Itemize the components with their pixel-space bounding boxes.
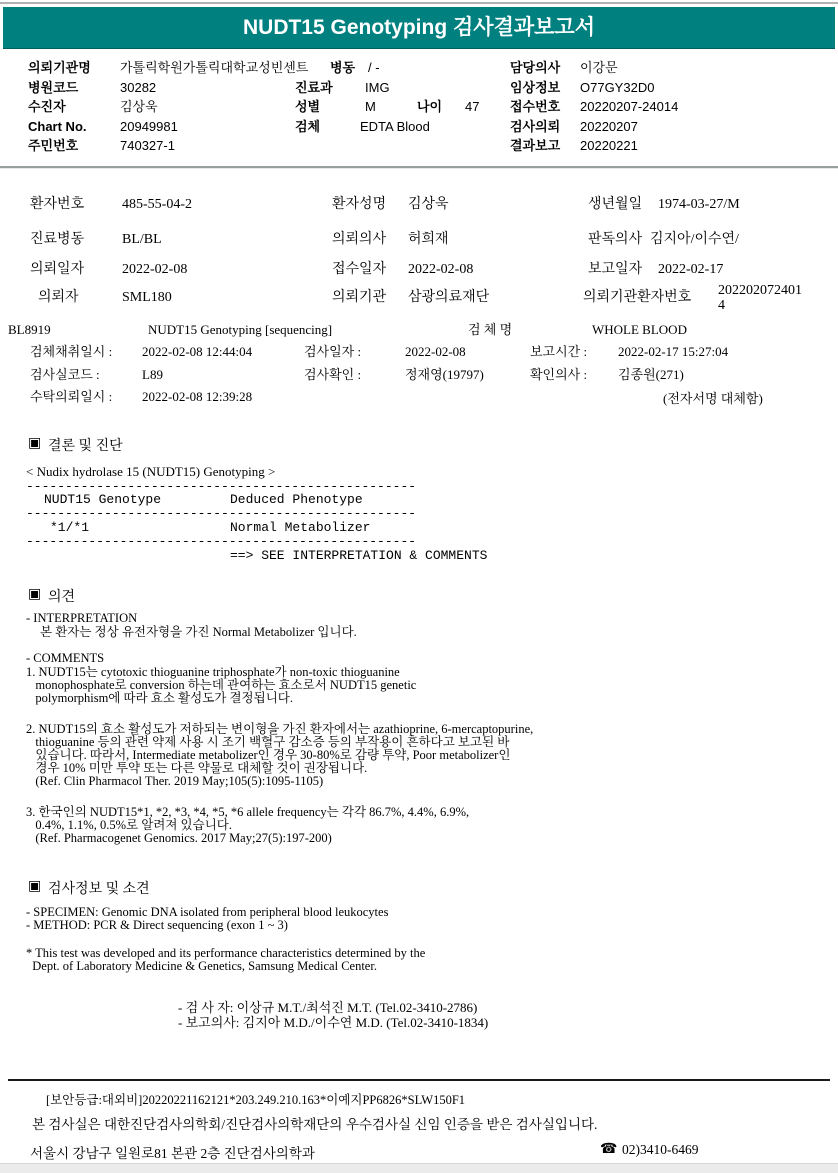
specimen-name-value: WHOLE BLOOD [592,322,687,338]
phenotype-value: Normal Metabolizer [230,521,370,535]
opinion-heading: 의견 [48,586,75,606]
accreditation-line: 본 검사실은 대한진단검사의학회/진단검사의학재단의 우수검사실 신임 인증을 … [32,1113,597,1133]
result-value: 20220221 [580,138,638,154]
rule-middle: ----------------------------------------… [26,507,416,521]
ward-label: 병동 [330,60,355,76]
ref-doctor-label: 의뢰의사 [332,231,386,248]
request-date-value: 2022-02-08 [122,261,187,278]
request-date-label: 의뢰일자 [30,261,84,278]
ward2-label: 진료병동 [30,231,84,248]
attending-value: 이강문 [580,60,618,76]
method-line: - METHOD: PCR & Direct sequencing (exon … [26,919,288,932]
attending-label: 담당의사 [510,60,560,76]
org-value: 가톨릭학원가톨릭대학교성빈센트 [120,60,308,76]
genotype-value: *1/*1 [50,521,89,535]
ref-request-label: 수탁의뢰일시 : [30,389,112,405]
conclusion-subtitle: < Nudix hydrolase 15 (NUDT15) Genotyping… [26,464,275,480]
sex-label: 성별 [295,99,320,115]
order-value: 20220207 [580,119,638,135]
test-name: NUDT15 Genotyping [sequencing] [148,322,332,338]
clinical-label: 임상정보 [510,80,560,96]
org-patient-no-label: 의뢰기관환자번호 [583,289,691,306]
test-date-label: 검사일자 : [304,344,361,360]
lab-code-value: L89 [142,367,163,383]
confirm-doc-value: 김종원(271) [618,367,684,383]
report-time-value: 2022-02-17 15:27:04 [618,344,728,360]
lab-phone: 02)3410-6469 [622,1142,699,1158]
staff-lines: - 검 사 자: 이상규 M.T./최석진 M.T. (Tel.02-3410-… [178,1000,488,1030]
esign-note: (전자서명 대체함) [663,391,763,407]
receipt-date-value: 2022-02-08 [408,261,473,278]
dept-label: 진료과 [295,80,333,96]
order-label: 검사의뢰 [510,119,560,135]
collect-label: 검체채취일시 : [30,344,112,360]
section-marker-icon: ▣ [28,586,41,603]
birth-label: 생년월일 [588,196,642,213]
patient-no-label: 환자번호 [30,196,84,213]
top-divider [0,2,838,4]
reader-value: 김지아/이수연/ [650,231,739,248]
footer-divider [8,1079,830,1081]
header-divider [0,166,838,169]
ward-value: / - [368,60,380,76]
age-label: 나이 [417,99,442,115]
accession-label: 접수번호 [510,99,560,115]
test-date-value: 2022-02-08 [405,344,466,360]
specimen-value: EDTA Blood [360,119,430,135]
section-marker-icon: ▣ [28,435,41,452]
section-marker-icon: ▣ [28,878,41,895]
report-time-label: 보고시간 : [530,344,587,360]
reader-label: 판독의사 [588,231,642,248]
specimen-name-label: 검 체 명 [468,322,512,338]
birth-value: 1974-03-27/M [658,196,740,213]
ref-org-value: 삼광의료재단 [408,289,489,306]
lab-code-label: 검사실코드 : [30,367,100,383]
chart-no-label: Chart No. [28,119,87,135]
ward2-value: BL/BL [122,231,162,248]
conclusion-heading: 결론 및 진단 [48,435,123,455]
verify-value: 정재영(19797) [405,367,484,383]
comment-item-3: 3. 한국인의 NUDT15*1, *2, *3, *4, *5, *6 all… [26,806,469,845]
collect-value: 2022-02-08 12:44:04 [142,344,252,360]
rrn-value: 740327-1 [120,138,175,154]
rule-bottom: ----------------------------------------… [26,535,416,549]
comment-item-2: 2. NUDT15의 효소 활성도가 저하되는 변이형을 가진 환자에서는 az… [26,723,533,788]
patient-name-label: 환자성명 [332,196,386,213]
age-value: 47 [465,99,479,115]
org-patient-no-value: 2022020724014 [718,283,808,313]
interpretation-body: 본 환자는 정상 유전자형을 가진 Normal Metabolizer 입니다… [40,626,357,639]
hosp-code-label: 병원코드 [28,80,78,96]
genotype-col-header: NUDT15 Genotype [44,493,161,507]
result-label: 결과보고 [510,138,560,154]
requester-value: SML180 [122,289,172,306]
ref-doctor-value: 허희재 [408,231,449,248]
report-title-bar: NUDT15 Genotyping 검사결과보고서 [3,7,835,49]
examinee-label: 수진자 [28,99,66,115]
rrn-label: 주민번호 [28,138,78,154]
confirm-doc-label: 확인의사 : [530,367,587,383]
test-info-heading: 검사정보 및 소견 [48,878,150,898]
chart-no-value: 20949981 [120,119,178,135]
see-interpretation-note: ==> SEE INTERPRETATION & COMMENTS [230,549,487,563]
interpretation-title: - INTERPRETATION [26,612,137,625]
hosp-code-value: 30282 [120,80,156,96]
requester-label: 의뢰자 [38,289,79,306]
report-date-label: 보고일자 [588,261,642,278]
org-label: 의뢰기관명 [28,60,91,76]
dev-note: * This test was developed and its perfor… [26,947,425,973]
receipt-date-label: 접수일자 [332,261,386,278]
test-code: BL8919 [8,322,51,338]
comment-item-1: 1. NUDT15는 cytotoxic thioguanine triphos… [26,666,416,705]
phone-icon: ☎ [600,1141,617,1158]
accession-value: 20220207-24014 [580,99,678,115]
dept-value: IMG [365,80,390,96]
report-title: NUDT15 Genotyping 검사결과보고서 [243,16,595,39]
ref-org-label: 의뢰기관 [332,289,386,306]
security-line: [보안등급:대외비]20220221162121*203.249.210.163… [46,1090,465,1108]
sex-value: M [365,99,376,115]
bottom-strip [0,1163,838,1173]
examinee-value: 김상욱 [120,99,158,115]
lab-report-page: { "header": { "title": "NUDT15 Genotypin… [0,0,838,1173]
comments-title: - COMMENTS [26,652,104,665]
phenotype-col-header: Deduced Phenotype [230,493,363,507]
ref-request-value: 2022-02-08 12:39:28 [142,389,252,405]
clinical-value: O77GY32D0 [580,80,654,96]
report-date-value: 2022-02-17 [658,261,723,278]
patient-name-value: 김상욱 [408,196,449,213]
verify-label: 검사확인 : [304,367,361,383]
patient-no-value: 485-55-04-2 [122,196,192,213]
lab-address: 서울시 강남구 일원로81 본관 2층 진단검사의학과 [30,1142,315,1162]
specimen-label: 검체 [295,119,320,135]
